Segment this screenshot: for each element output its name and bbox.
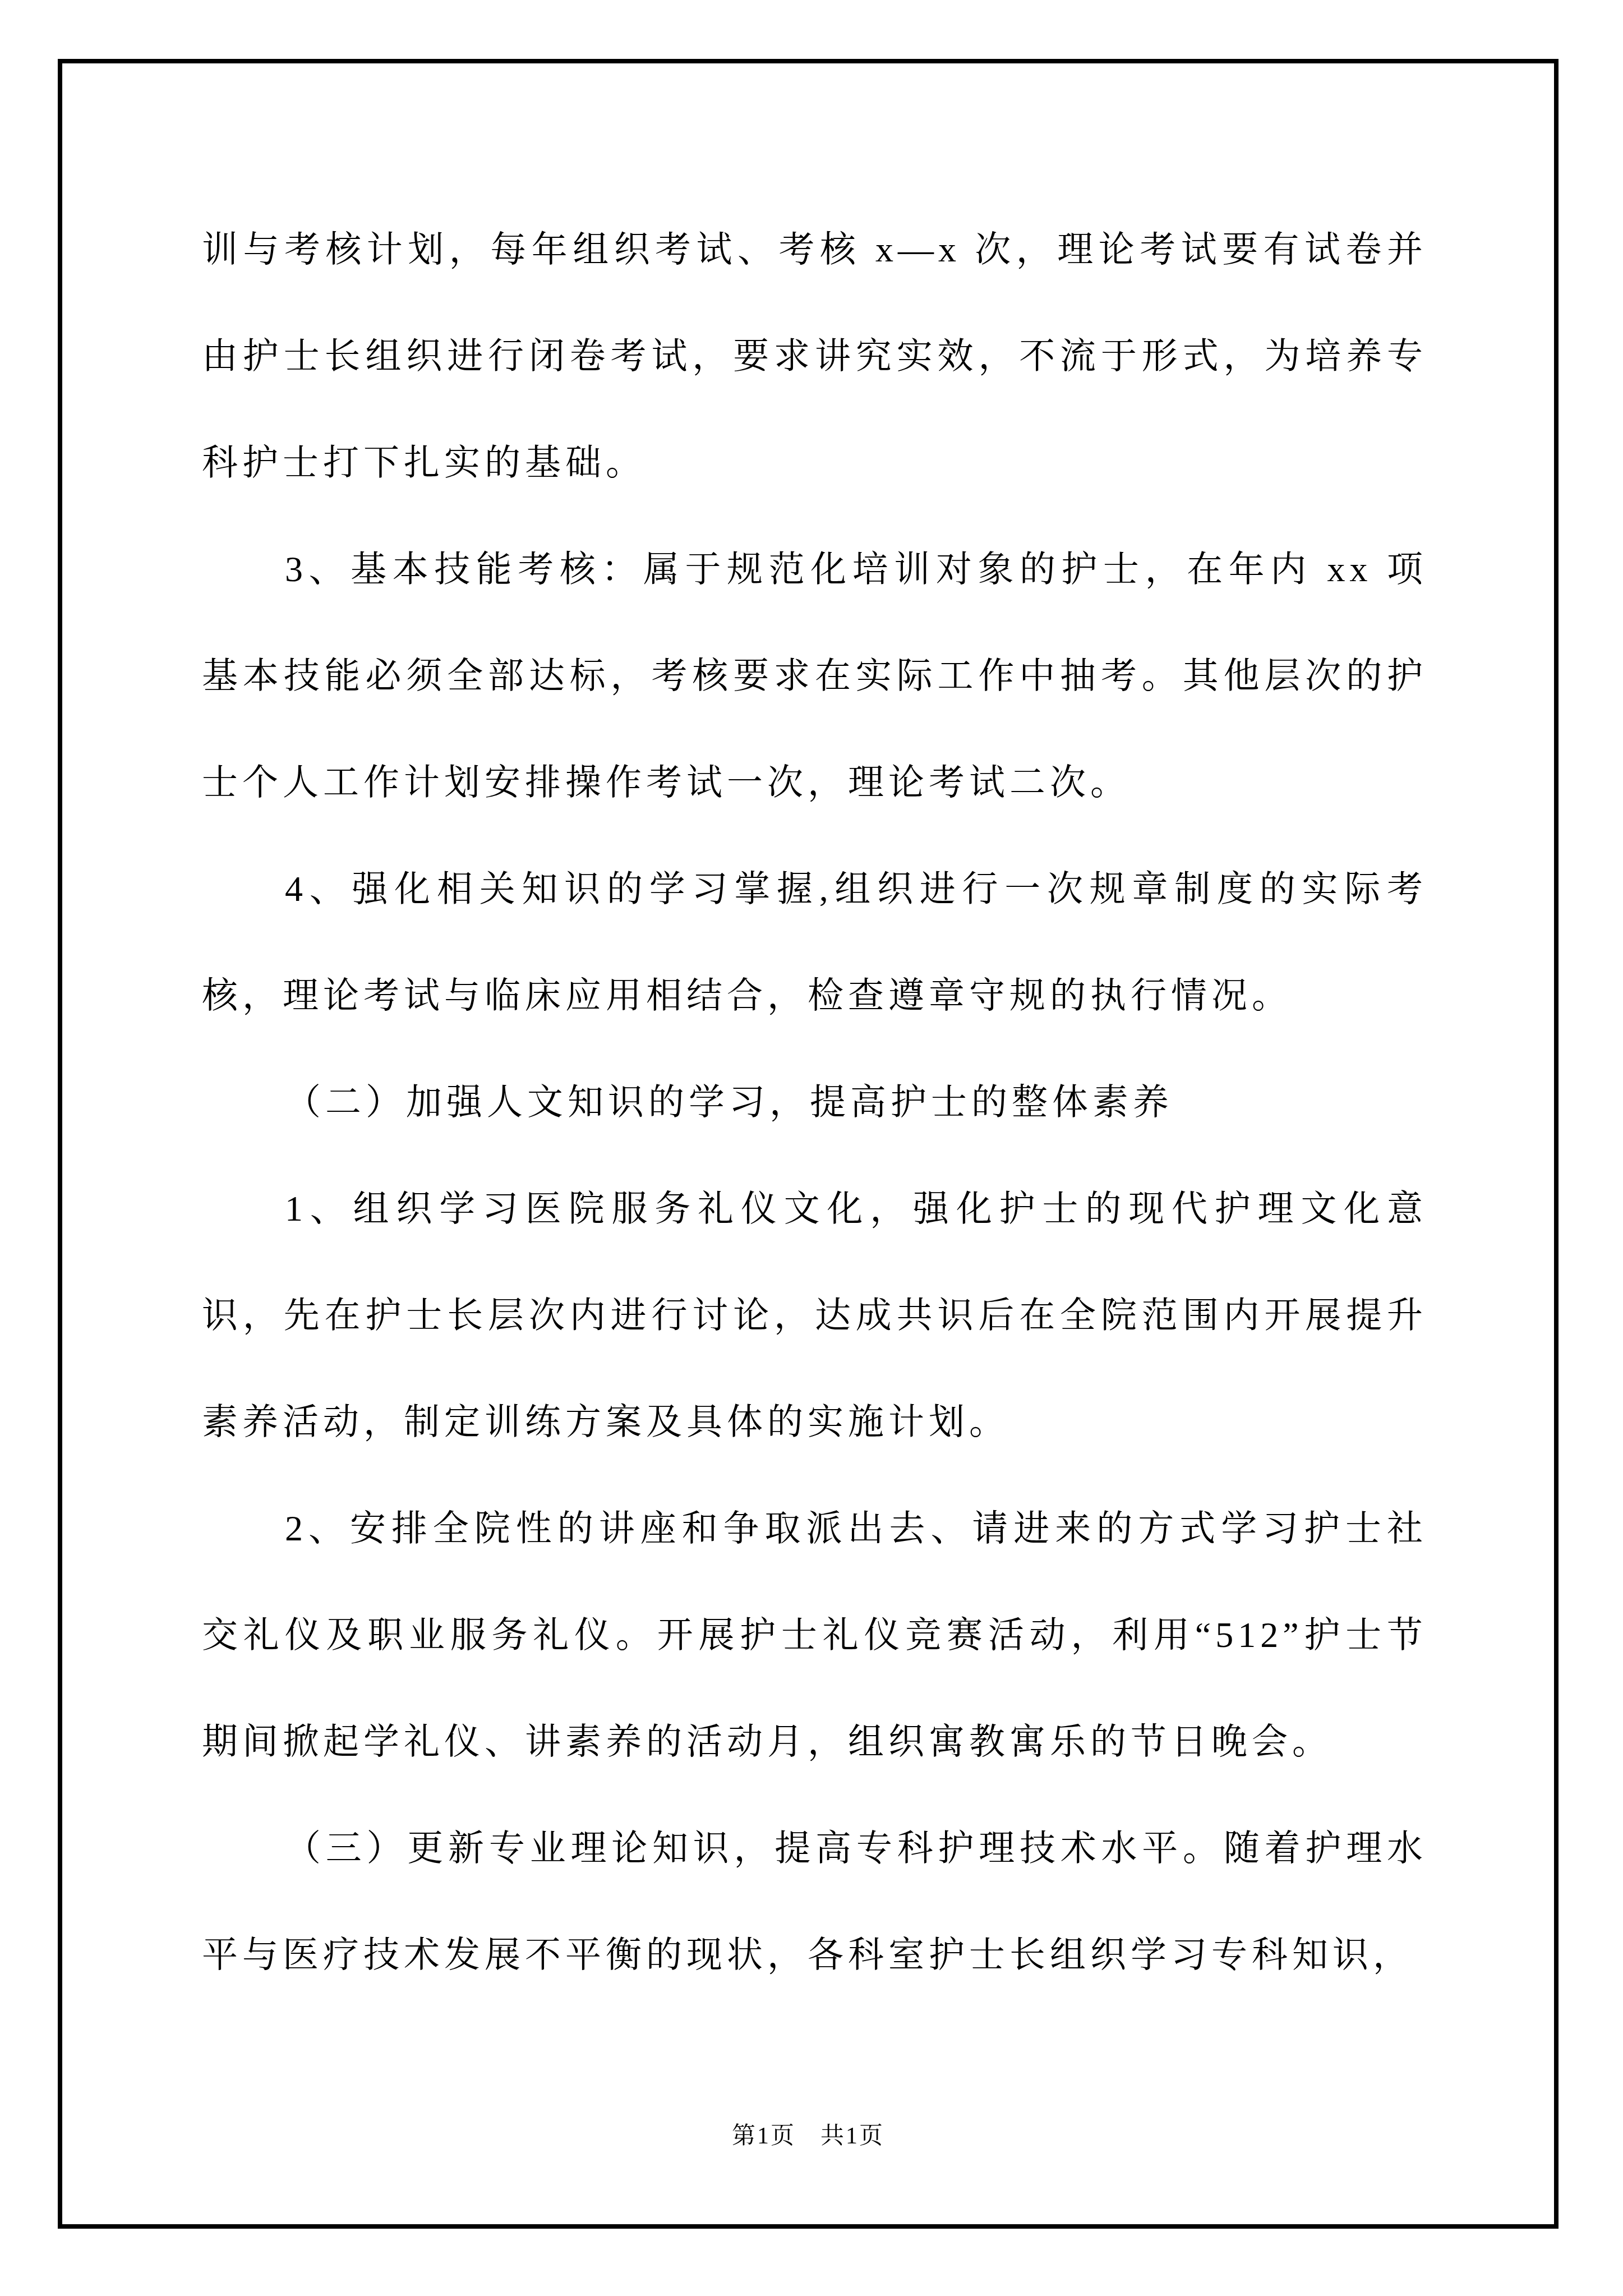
document-page: 训与考核计划，每年组织考试、考核 x—x 次，理论考试要有试卷并由护士长组织进行…	[0, 0, 1623, 2296]
page-footer: 第1页共1页	[58, 2119, 1559, 2153]
paragraph-training-assessment-plan: 训与考核计划，每年组织考试、考核 x—x 次，理论考试要有试卷并由护士长组织进行…	[202, 196, 1427, 516]
paragraph-knowledge-reinforcement: 4、强化相关知识的学习掌握,组织进行一次规章制度的实际考核，理论考试与临床应用相…	[202, 836, 1427, 1049]
paragraph-heading-humanities-learning: （二）加强人文知识的学习，提高护士的整体素养	[202, 1049, 1427, 1156]
paragraph-hospital-etiquette-culture: 1、组织学习医院服务礼仪文化，强化护士的现代护理文化意识，先在护士长层次内进行讨…	[202, 1156, 1427, 1475]
paragraph-heading-professional-theory-update: （三）更新专业理论知识，提高专科护理技术水平。随着护理水平与医疗技术发展不平衡的…	[202, 1795, 1427, 2008]
footer-total-pages: 共1页	[820, 2123, 884, 2149]
paragraph-lectures-etiquette-activities: 2、安排全院性的讲座和争取派出去、请进来的方式学习护士社交礼仪及职业服务礼仪。开…	[202, 1475, 1427, 1795]
document-body: 训与考核计划，每年组织考试、考核 x—x 次，理论考试要有试卷并由护士长组织进行…	[202, 196, 1427, 2008]
footer-page-number: 第1页	[732, 2123, 796, 2149]
paragraph-basic-skills-assessment: 3、基本技能考核：属于规范化培训对象的护士，在年内 xx 项基本技能必须全部达标…	[202, 516, 1427, 836]
